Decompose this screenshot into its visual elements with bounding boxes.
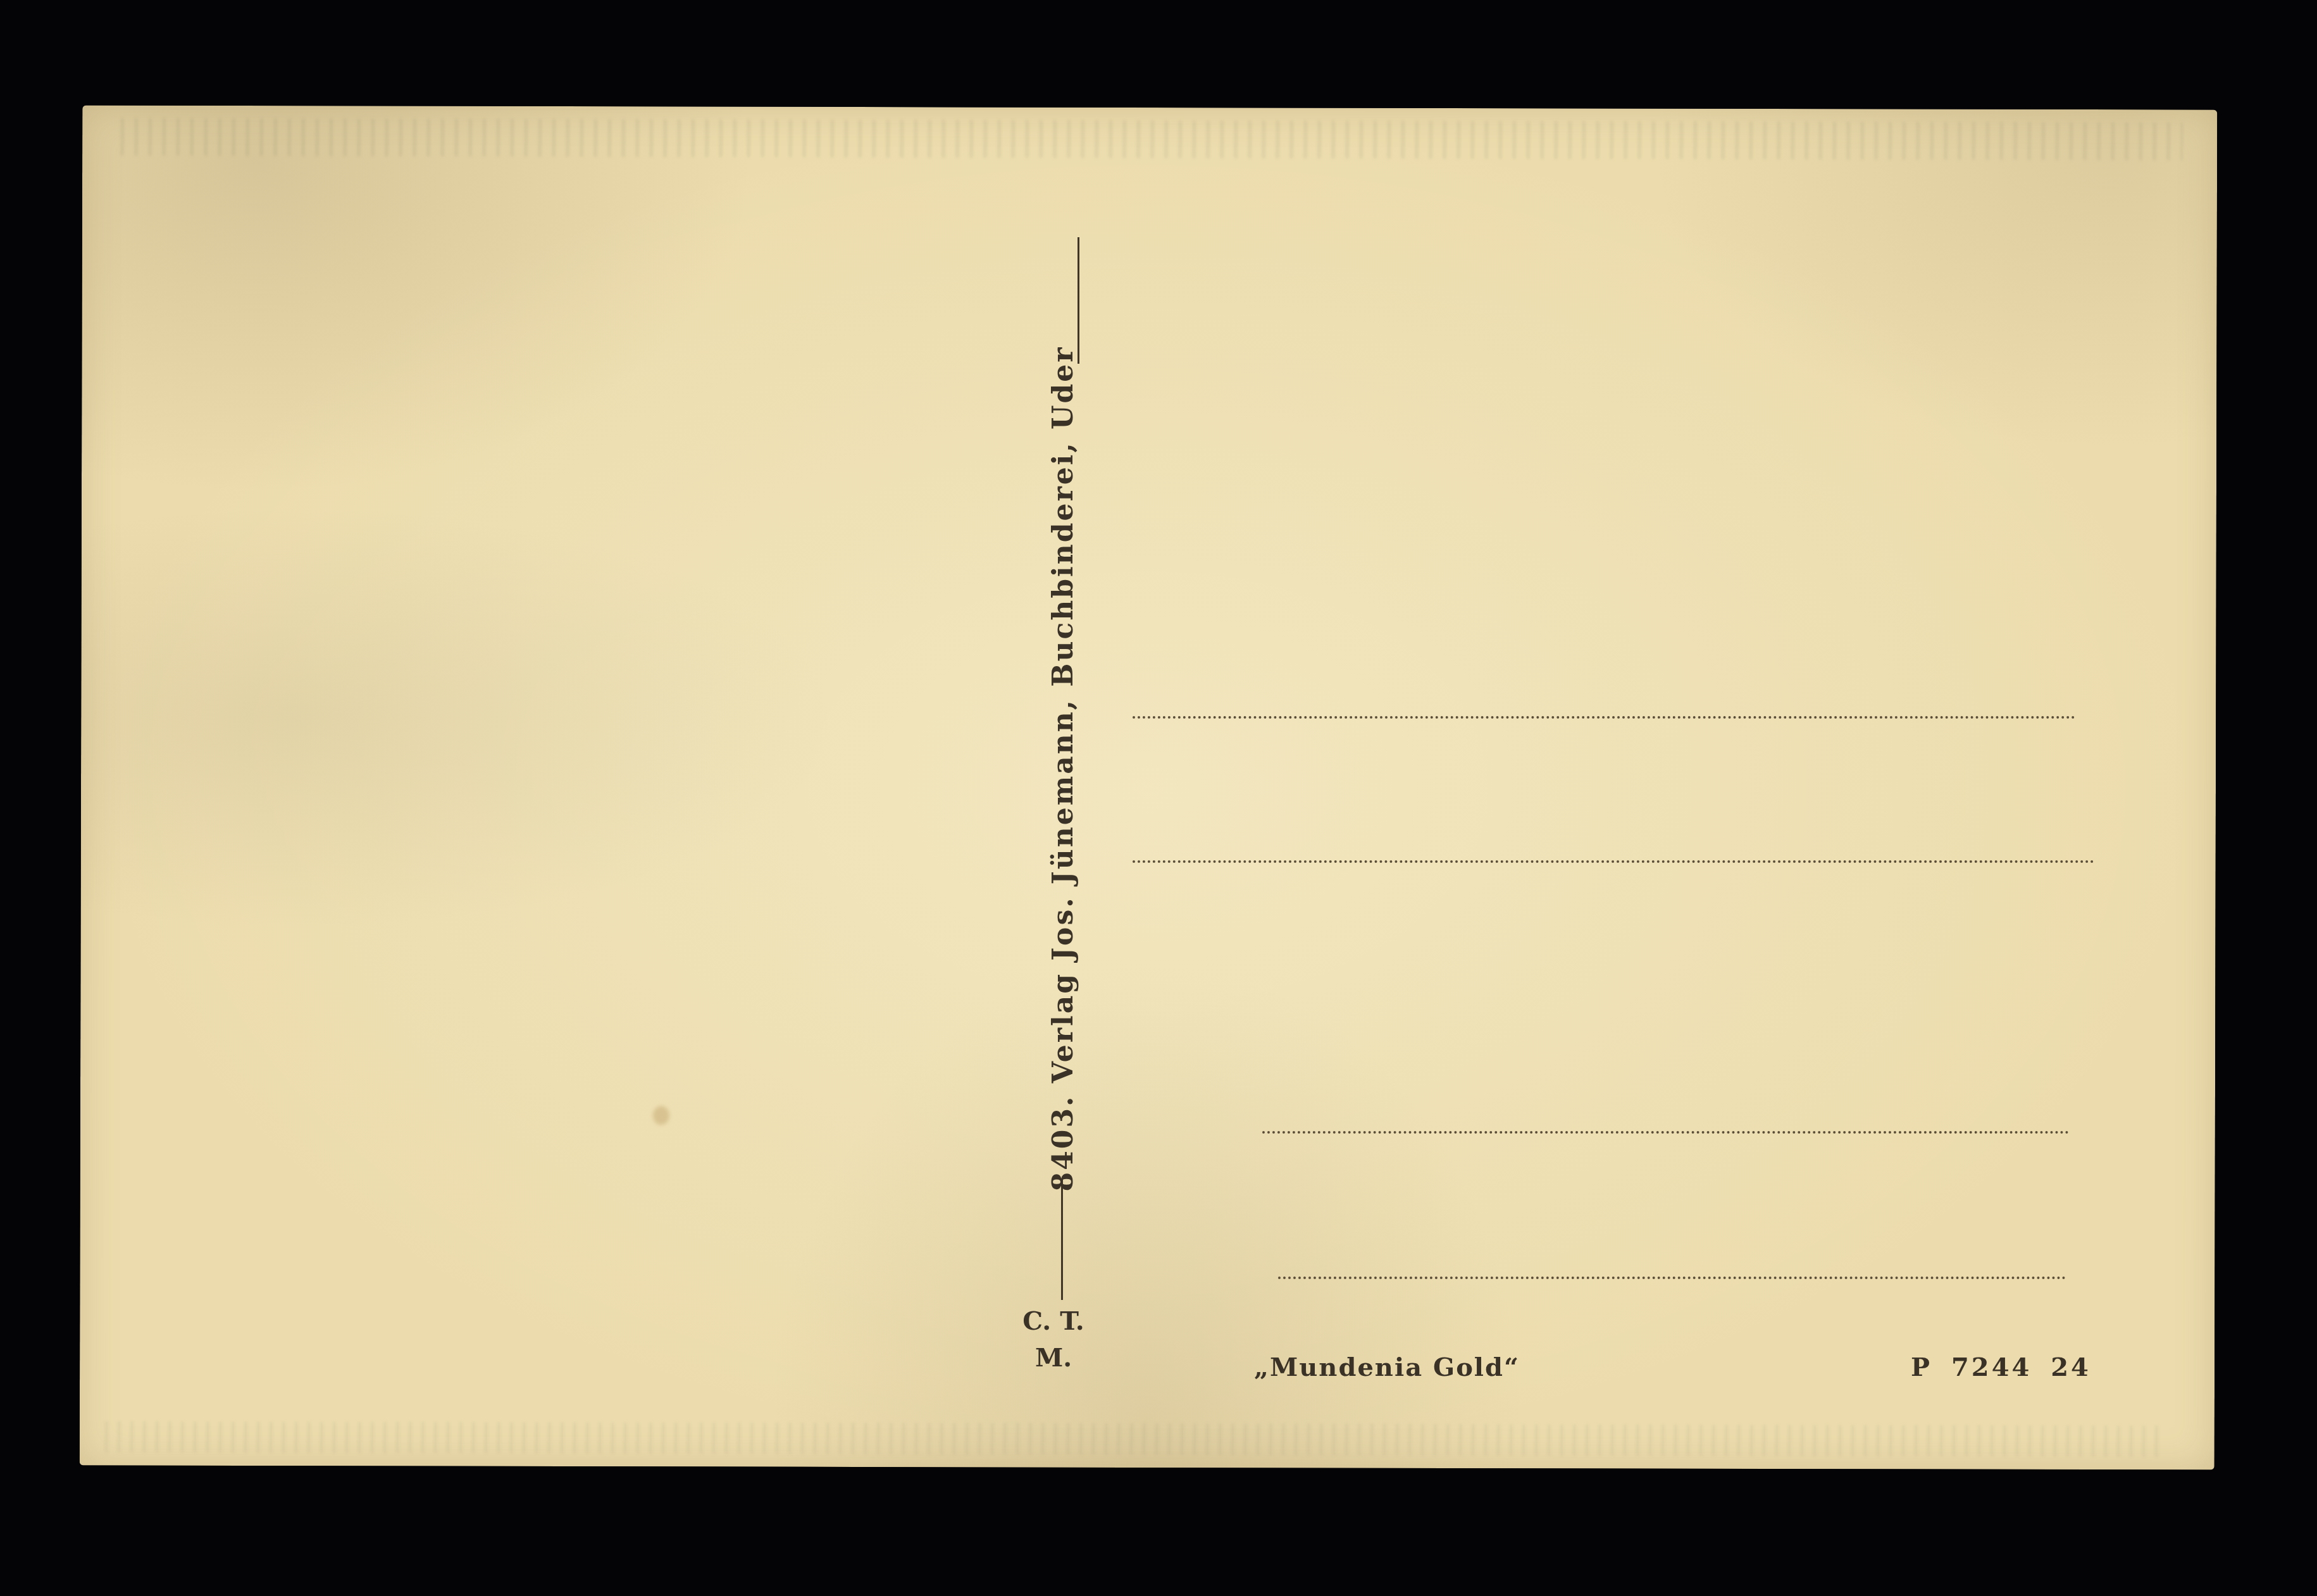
address-line-2 [1133,860,2094,863]
divider-line-bottom [1061,1180,1063,1300]
stain-spot [653,1106,669,1125]
printer-mark-line2: M. [1012,1340,1095,1376]
foxing-top [120,118,2183,161]
address-line-3 [1262,1131,2069,1134]
printer-mark-line1: C. T. [1012,1303,1095,1340]
brand-label: „Mundenia Gold“ [1254,1352,1520,1382]
address-line-4 [1278,1277,2066,1279]
series-code: P 7244 24 [1911,1352,2091,1382]
printer-mark: C. T. M. [1012,1303,1095,1376]
foxing-bottom [105,1421,2168,1457]
divider-line-top [1078,237,1079,364]
publisher-imprint: 8403. Verlag Jos. Jünemann, Buchbinderei… [1047,346,1079,1192]
postcard-back [80,105,2217,1469]
address-line-1 [1133,716,2075,719]
